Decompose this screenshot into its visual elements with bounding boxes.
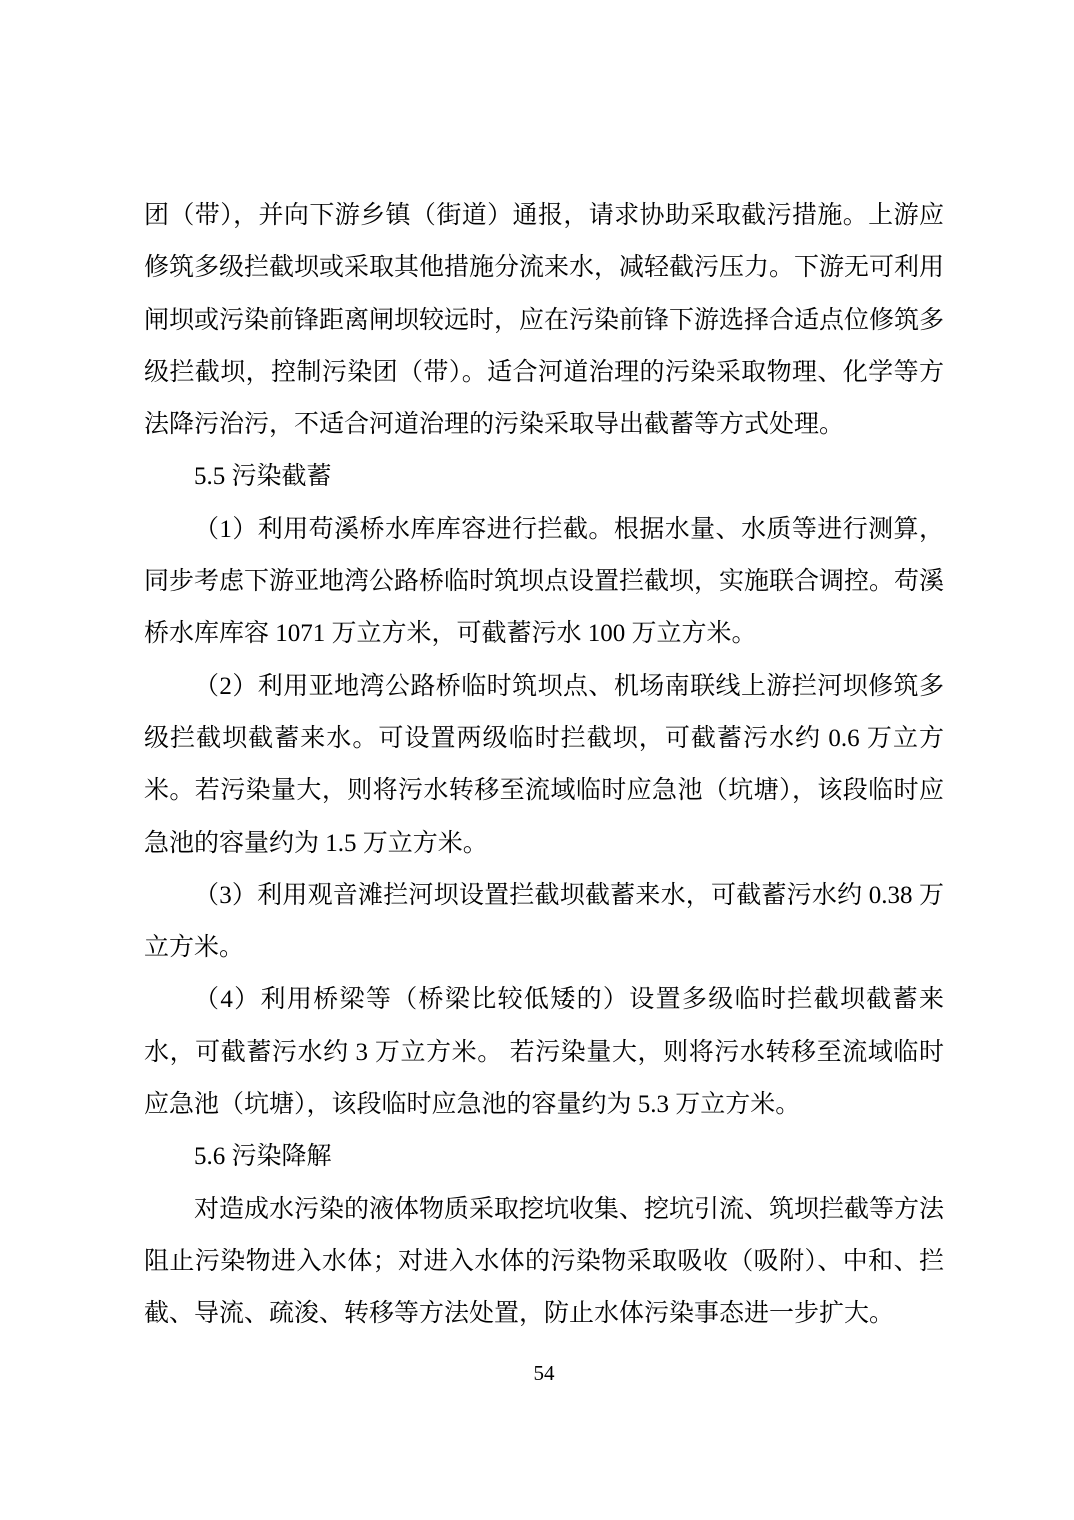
paragraph-degradation: 对造成水污染的液体物质采取挖坑收集、挖坑引流、筑坝拦截等方法阻止污染物进入水体；… (144, 1184, 944, 1341)
paragraph-item-1: （1）利用苟溪桥水库库容进行拦截。根据水量、水质等进行测算，同步考虑下游亚地湾公… (144, 504, 944, 661)
document-body: 团（带），并向下游乡镇（街道）通报，请求协助采取截污措施。上游应修筑多级拦截坝或… (144, 190, 944, 1341)
paragraph-item-2: （2）利用亚地湾公路桥临时筑坝点、机场南联线上游拦河坝修筑多级拦截坝截蓄来水。可… (144, 661, 944, 870)
document-page: { "page": { "background_color": "#ffffff… (0, 0, 1074, 1520)
paragraph-continuation: 团（带），并向下游乡镇（街道）通报，请求协助采取截污措施。上游应修筑多级拦截坝或… (144, 190, 944, 451)
paragraph-item-3: （3）利用观音滩拦河坝设置拦截坝截蓄来水，可截蓄污水约 0.38 万立方米。 (144, 870, 944, 975)
page-number: 54 (144, 1360, 944, 1386)
section-heading-5-5: 5.5 污染截蓄 (144, 451, 944, 503)
paragraph-item-4: （4）利用桥梁等（桥梁比较低矮的）设置多级临时拦截坝截蓄来水，可截蓄污水约 3 … (144, 974, 944, 1131)
section-heading-5-6: 5.6 污染降解 (144, 1131, 944, 1183)
